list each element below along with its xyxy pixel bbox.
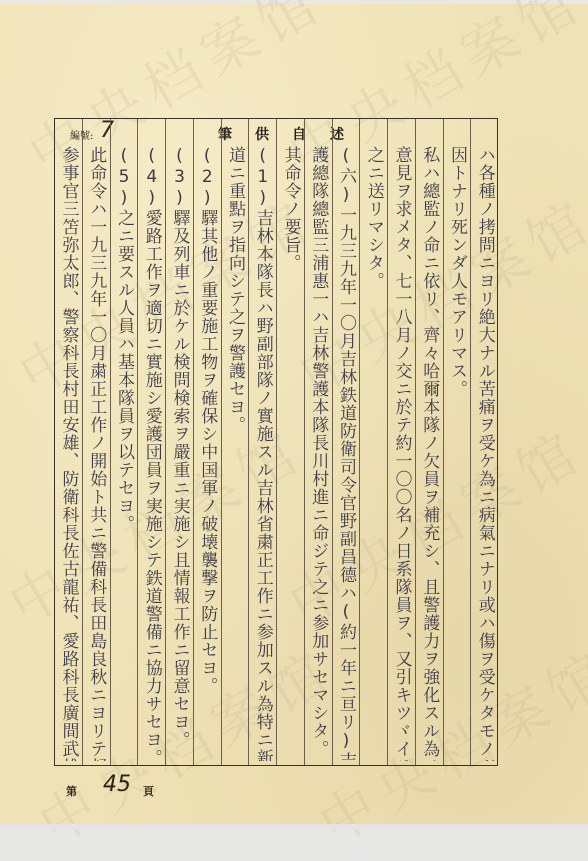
page-label-prefix: 第 <box>66 783 77 799</box>
scan-margin <box>0 824 588 830</box>
page-label-suffix: 頁 <box>143 783 154 799</box>
text-column: 私ハ總監ノ命ニ依リ、齊々哈爾本隊ノ欠員ヲ補充シ、且警護力ヲ強化スル為メ、本宮警備… <box>415 146 442 761</box>
text-column: 護總隊總監三浦惠一ハ吉林警護本隊長川村進ニ命ジテ之ニ参加サセマシタ。 <box>304 146 331 761</box>
text-column: 因トナリ死ンダ人モアリマス。 <box>443 146 470 761</box>
text-column: (1)吉林本隊長ハ野副部隊ノ實施スル吉林省粛正工作ニ参加スル為特ニ新站ー朝陽川間… <box>249 146 276 761</box>
text-column: 其命令ノ要旨。 <box>277 146 304 761</box>
text-column: (3)驛及列車ニ於ケル検問検索ヲ嚴重ニ実施シ且情報工作ニ留意セヨ。 <box>166 146 193 761</box>
page-number: 45 <box>103 772 131 797</box>
text-column: (六)一九三九年一〇月吉林鉄道防衛司令官野副昌德ハ(約一年ニ亘リ)吉林省東部地区… <box>332 146 359 761</box>
text-column: 道ニ重點ヲ指向シテ之ヲ警護セヨ。 <box>221 146 248 761</box>
text-column: ハ各種ノ拷問ニヨリ絶大ナル苦痛ヲ受ケ為ニ病氣ニナリ或ハ傷ヲ受ケタモノガ沢山アリマ… <box>471 146 498 761</box>
text-column: 参事官三笘弥太郎、警察科長村田安雄、防衛科長佐古龍祐、愛路科長廣間武雄、広警 <box>55 146 82 761</box>
text-column: 此命令ハ一九三九年一〇月粛正工作ノ開始ト共ニ警備科長田島良秋ニヨリテ起案セラレ高… <box>82 146 109 761</box>
text-column: (2)驛其他ノ重要施工物ヲ確保シ中国軍ノ破壊襲撃ヲ防止セヨ。 <box>193 146 220 761</box>
text-column: 意見ヲ求メタ、七一八月ノ交ニ於テ約一〇〇名ノ日系隊員ヲ、又引キツヾイテ「満系」隊… <box>388 146 415 761</box>
text-column: (5)之ニ要スル人員ハ基本隊員ヲ以テセヨ。 <box>110 146 137 761</box>
text-column: (4)愛路工作ヲ適切ニ實施シ愛護団員ヲ実施シテ鉄道警備ニ協力サセヨ。 <box>138 146 165 761</box>
text-column: 之ニ送リマシタ。 <box>360 146 387 761</box>
